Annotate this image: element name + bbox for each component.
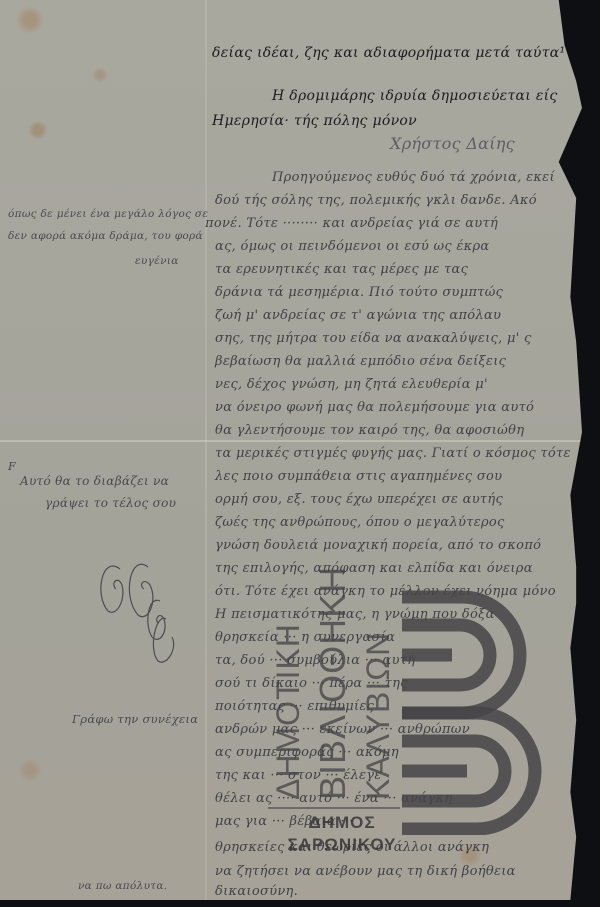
body-line: πονέ. Τότε ········ και ανδρείας γιά σε …	[205, 216, 498, 231]
body-line: θα γλεντήσουμε τον καιρό της, θα αφοσιώθ…	[215, 423, 524, 438]
body-line: μας για ··· βέβαια ···	[215, 814, 354, 829]
paper-fold-horizontal	[0, 440, 582, 442]
body-line: θρησκείες και θεωρίες οι άλλοι ανάγκη	[215, 840, 489, 855]
header-line-2: Η δρομιμάρης ιδρυία δημοσιεύεται είς	[272, 88, 558, 104]
body-line: ότι. Τότε έχει ανάγκη το μέλλον έχει νόη…	[215, 584, 556, 599]
body-line: να όνειρο φωνή μας θα πολεμήσουμε για αυ…	[215, 400, 534, 415]
footnote-marker: 1	[575, 36, 581, 46]
body-line: ανδρών μας ··· εκείνων ··· ανθρώπων	[215, 722, 470, 737]
manuscript-page: δείας ιδέαι, ζης και αδιαφορήματα μετά τ…	[0, 0, 582, 900]
letter-doodle-sketch	[92, 545, 182, 665]
signature: Χρήστος Δαίης	[390, 134, 515, 153]
body-line: ζωή μ' ανδρείας σε τ' αγώνια της απόλαυ	[215, 308, 501, 323]
body-line: θρησκεία ··· η συνεργασία	[215, 630, 395, 645]
body-line: ορμή σου, εξ. τους έχω υπερέχει σε αυτής	[215, 492, 503, 507]
paper-fold-vertical	[205, 0, 207, 900]
margin-note-middle-1: Αυτό θα το διαβάζει να	[20, 474, 169, 488]
body-line: θέλει ας ···· αυτό ··· ένα ··· ανάγκη	[215, 791, 452, 806]
margin-note-middle-2: γράψει το τέλος σου	[45, 496, 176, 510]
body-line: ζωές της ανθρώπους, όπου ο μεγαλύτερος	[215, 515, 505, 530]
body-line: της επιλογής, απόφαση και ελπίδα και όνε…	[215, 561, 533, 576]
body-line: δικαιοσύνη.	[215, 884, 298, 899]
margin-note-bottom: να πω απόλυτα.	[78, 880, 167, 892]
margin-note-marker-f: F	[8, 460, 16, 473]
body-line: τα, δού ··· συμβούλια ··· αυτή	[215, 653, 415, 668]
body-line: δράνια τά μεσημέρια. Πιό τούτο συμπτώς	[215, 285, 503, 300]
body-line: σού τι δίκαιο ··· πέρα ··· της	[215, 676, 408, 691]
margin-note-upper-1: όπως δε μένει ένα μεγάλο λόγος σε	[8, 208, 208, 220]
margin-note-upper-3: ευγένια	[135, 255, 179, 267]
margin-note-upper-2: δεν αφορά ακόμα δράμα, του φορά	[8, 230, 203, 242]
body-line: λες ποιο συμπάθεια στις αγαπημένες σου	[215, 469, 502, 484]
header-line-1: δείας ιδέαι, ζης και αδιαφορήματα μετά τ…	[212, 45, 565, 61]
body-line: τα ερευνητικές και τας μέρες με τας	[215, 262, 468, 277]
margin-note-lower: Γράφω την συνέχεια	[72, 712, 198, 726]
body-line: ας, όμως οι πεινδόμενοι οι εσύ ως έκρα	[215, 239, 490, 254]
body-line: ας συμπεριφοράς ··· ακόμη	[215, 745, 399, 760]
body-line: να ζητήσει να ανέβουν μας τη δική βοήθει…	[215, 864, 516, 879]
body-line: της και ··· στον ··· έλεγε	[215, 768, 382, 783]
body-line: νες, δέχος γνώση, μη ζητά ελευθερία μ'	[215, 377, 488, 392]
body-line: σης, της μήτρα του είδα να ανακαλύψεις, …	[215, 331, 532, 346]
header-line-3: Ημερησία· τής πόλης μόνον	[212, 113, 417, 129]
body-line: δού τής σόλης της, πολεμικής γκλι δανδε.…	[215, 193, 537, 208]
body-line: Η πεισματικότης μας, η γνώμη που δόξα	[215, 607, 495, 622]
body-line: ποιότητας ··· επιθυμίες	[215, 699, 374, 714]
body-line: τα μερικές στιγμές φυγής μας. Γιατί ο κό…	[215, 446, 571, 461]
body-line: Προηγούμενος ευθύς δυό τά χρόνια, εκεί	[272, 170, 555, 185]
body-line: γνώση δουλειά μοναχική πορεία, από το σκ…	[215, 538, 541, 553]
body-line: βεβαίωση θα μαλλιά εμπόδιο σένα δείξεις	[215, 354, 506, 369]
